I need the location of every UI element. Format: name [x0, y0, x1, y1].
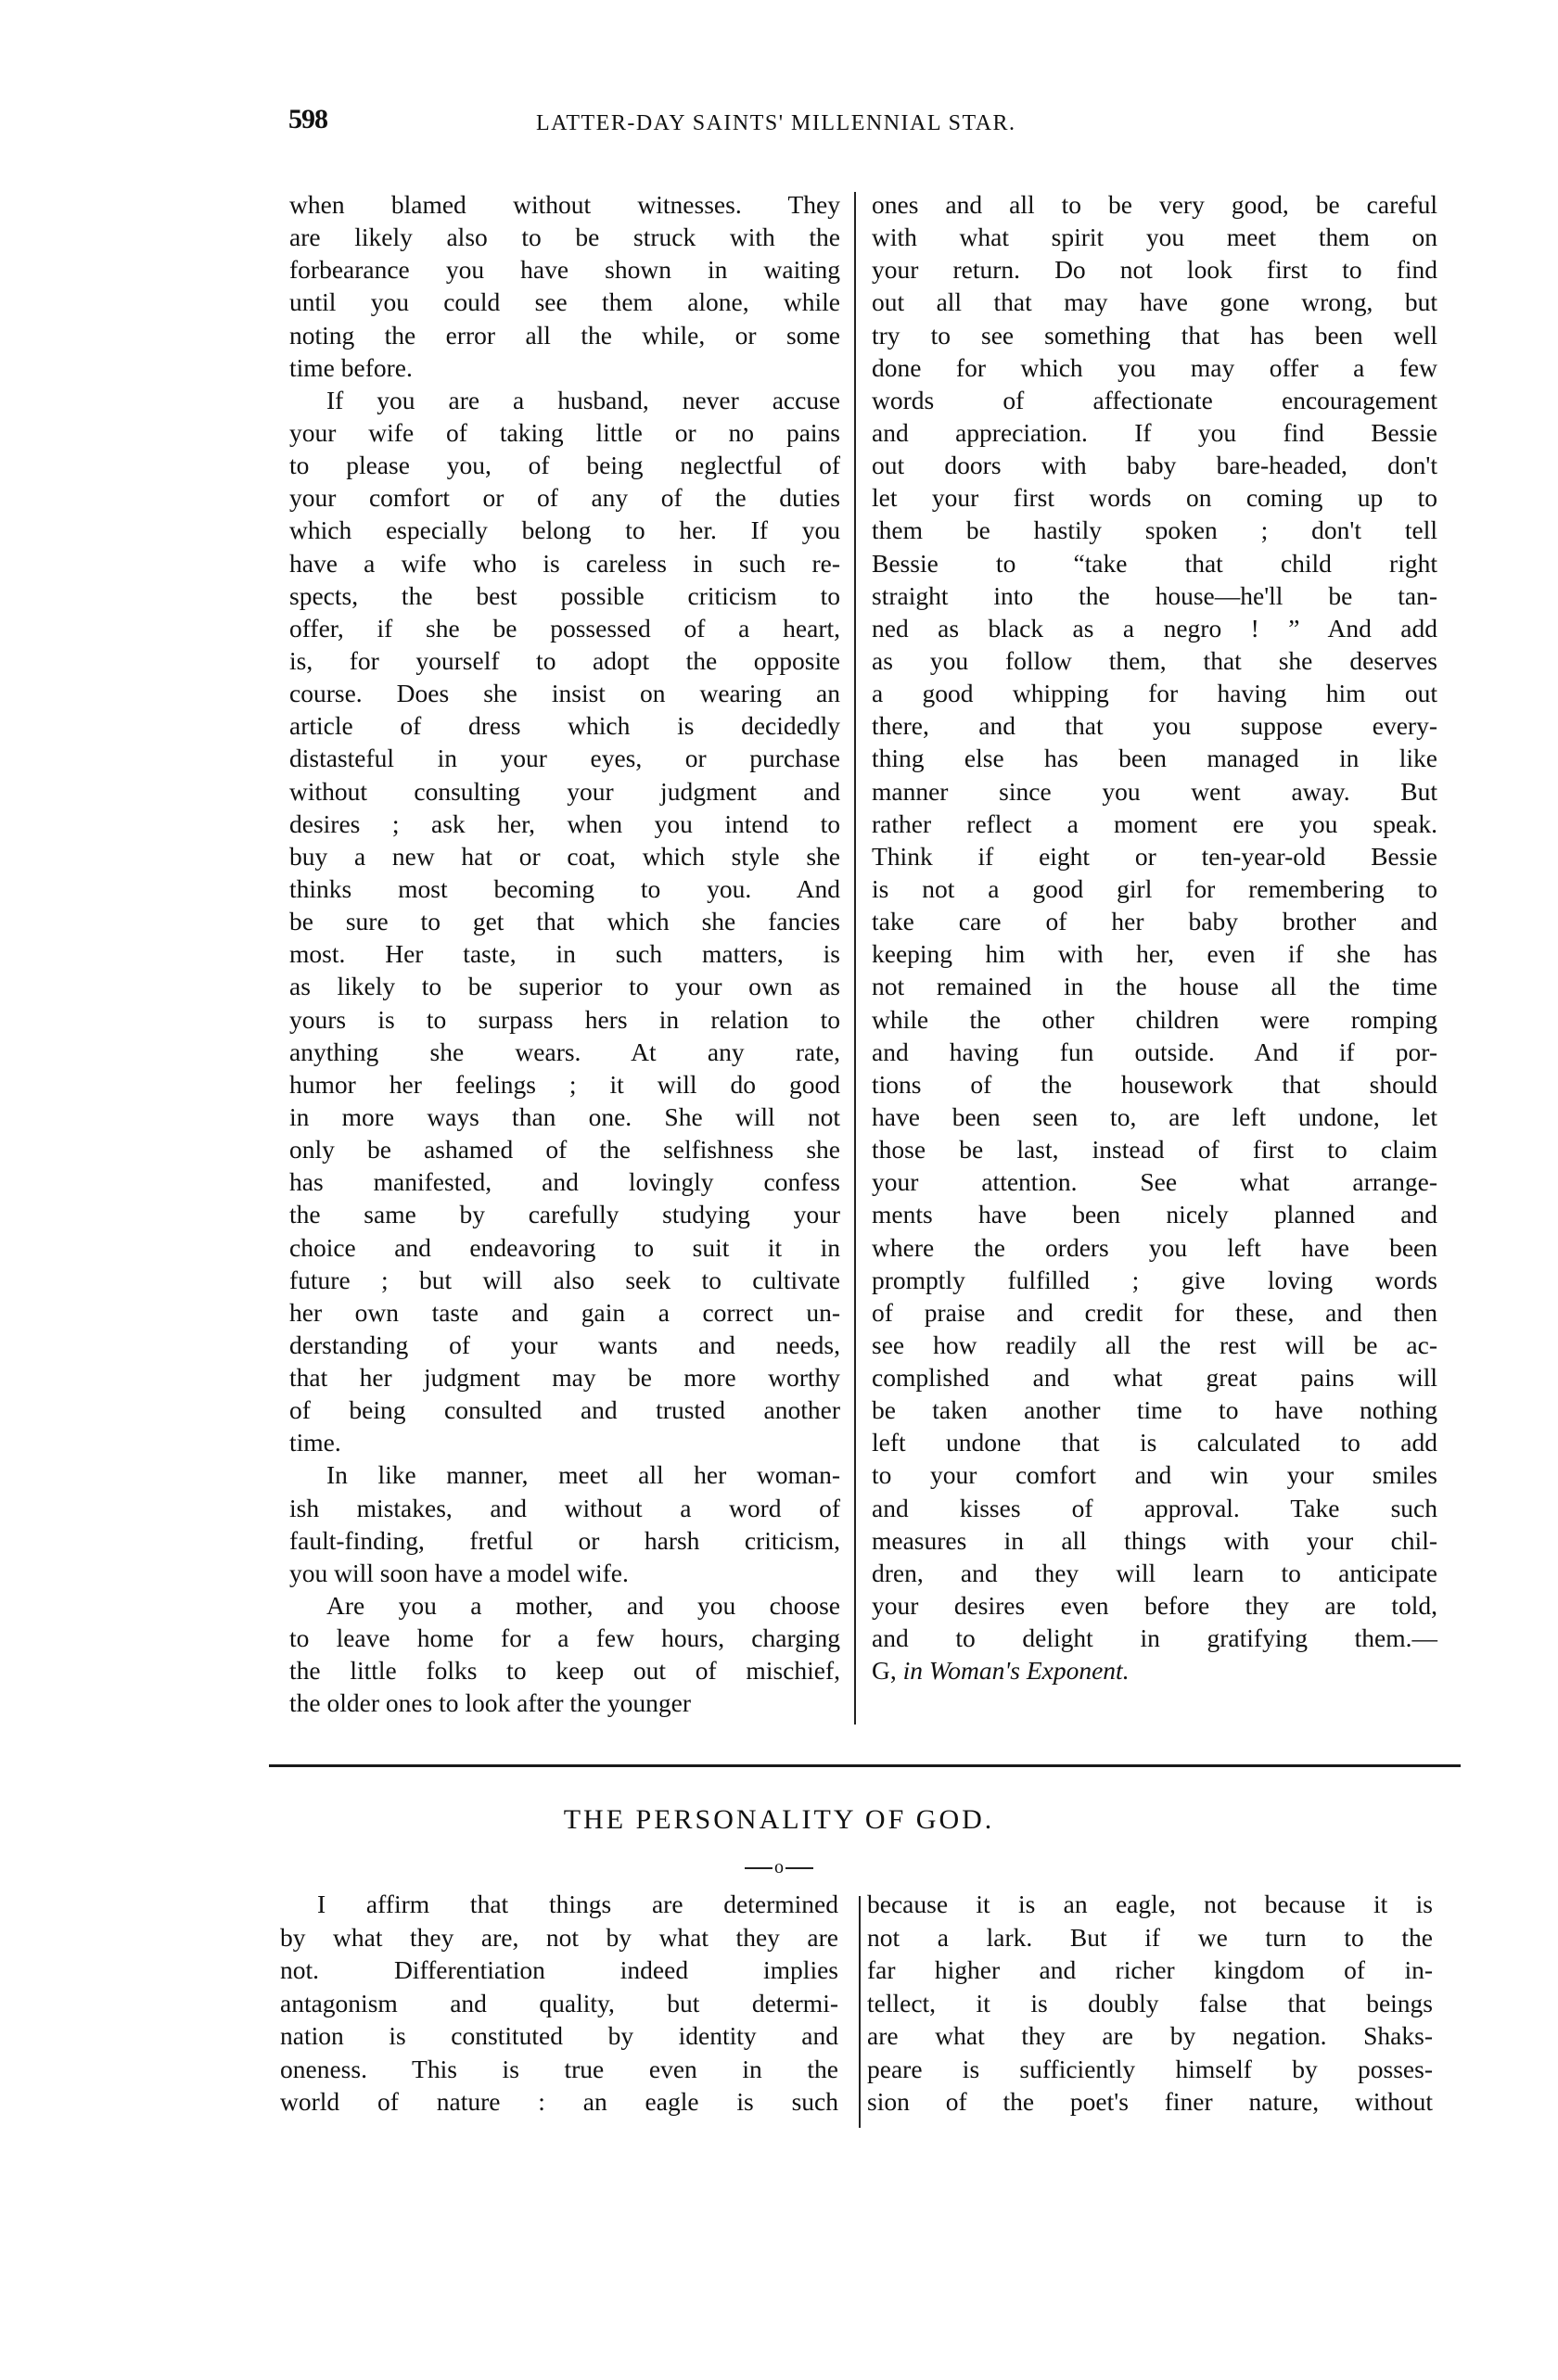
text-line: future ; but will also seek to cultivate — [289, 1264, 840, 1296]
text-line: not remained in the house all the time — [872, 970, 1437, 1002]
column-divider — [854, 192, 856, 1725]
text-line: choice and endeavoring to suit it in — [289, 1231, 840, 1264]
text-line: left undone that is calculated to add — [872, 1426, 1437, 1458]
text-line: to your comfort and win your smiles — [872, 1458, 1437, 1491]
text-line: her own taste and gain a correct un- — [289, 1296, 840, 1329]
text-line: time before. — [289, 351, 840, 384]
column-divider-bottom — [859, 1896, 861, 2128]
text-line: where the orders you left have been — [872, 1231, 1437, 1264]
text-line: Think if eight or ten-year-old Bessie — [872, 840, 1437, 872]
text-line: to please you, of being neglectful of — [289, 449, 840, 481]
ornament-circle: o — [773, 1857, 785, 1878]
running-head: LATTER-DAY SAINTS' MILLENNIAL STAR. — [536, 111, 1167, 136]
text-line: spects, the best possible criticism to — [289, 579, 840, 612]
text-line: because it is an eagle, not because it i… — [867, 1888, 1433, 1921]
article2-left-column: I affirm that things are determinedby wh… — [280, 1888, 838, 2119]
text-line: as likely to be superior to your own as — [289, 970, 840, 1002]
text-line: and kisses of approval. Take such — [872, 1492, 1437, 1524]
text-line: are what they are by negation. Shaks- — [867, 2019, 1433, 2053]
text-line: the little folks to keep out of mischief… — [289, 1654, 840, 1686]
text-line: see how readily all the rest will be ac- — [872, 1329, 1437, 1361]
text-line: ments have been nicely planned and — [872, 1198, 1437, 1230]
attribution-author: G, — [872, 1656, 903, 1685]
text-line: antagonism and quality, but determi- — [280, 1987, 838, 2020]
text-line: sion of the poet's finer nature, without — [867, 2085, 1433, 2119]
text-line: only be ashamed of the selfishness she — [289, 1133, 840, 1165]
text-line: ned as black as a negro ! ” And add — [872, 612, 1437, 644]
text-line: fault-finding, fretful or harsh criticis… — [289, 1524, 840, 1557]
text-line: those be last, instead of first to claim — [872, 1133, 1437, 1165]
text-line: have been seen to, are left undone, let — [872, 1101, 1437, 1133]
text-line: is not a good girl for remembering to — [872, 872, 1437, 905]
text-line: thing else has been managed in like — [872, 742, 1437, 774]
text-line: anything she wears. At any rate, — [289, 1036, 840, 1068]
attribution-source: in Woman's Exponent. — [903, 1656, 1130, 1685]
text-line: your return. Do not look first to find — [872, 253, 1437, 286]
text-line: oneness. This is true even in the — [280, 2053, 838, 2086]
text-line: the older ones to look after the younger — [289, 1686, 840, 1719]
text-line: while the other children were romping — [872, 1003, 1437, 1036]
text-line: dren, and they will learn to anticipate — [872, 1557, 1437, 1589]
text-line: tions of the housework that should — [872, 1068, 1437, 1101]
text-line: thinks most becoming to you. And — [289, 872, 840, 905]
text-line: tellect, it is doubly false that beings — [867, 1987, 1433, 2020]
text-line: which especially belong to her. If you — [289, 514, 840, 546]
text-line: article of dress which is decidedly — [289, 709, 840, 742]
text-line: and appreciation. If you find Bessie — [872, 416, 1437, 449]
text-line: as you follow them, that she deserves — [872, 644, 1437, 677]
text-line: straight into the house—he'll be tan- — [872, 579, 1437, 612]
text-line: out doors with baby bare-headed, don't — [872, 449, 1437, 481]
text-line: rather reflect a moment ere you speak. — [872, 808, 1437, 840]
text-line: by what they are, not by what they are — [280, 1921, 838, 1954]
text-line: are likely also to be struck with the — [289, 221, 840, 253]
text-line: try to see something that has been well — [872, 319, 1437, 351]
text-line: peare is sufficiently himself by posses- — [867, 2053, 1433, 2086]
text-line: your wife of taking little or no pains — [289, 416, 840, 449]
text-line: until you could see them alone, while — [289, 286, 840, 318]
text-line: distasteful in your eyes, or purchase — [289, 742, 840, 774]
text-line: you will soon have a model wife. — [289, 1557, 840, 1589]
text-line: that her judgment may be more worthy — [289, 1361, 840, 1394]
text-line: be taken another time to have nothing — [872, 1394, 1437, 1426]
text-line: when blamed without witnesses. They — [289, 188, 840, 221]
text-line: manner since you went away. But — [872, 775, 1437, 808]
text-line: buy a new hat or coat, which style she — [289, 840, 840, 872]
text-line: most. Her taste, in such matters, is — [289, 937, 840, 970]
text-line: is, for yourself to adopt the opposite — [289, 644, 840, 677]
text-line: have a wife who is careless in such re- — [289, 547, 840, 579]
text-line: derstanding of your wants and needs, — [289, 1329, 840, 1361]
text-line: forbearance you have shown in waiting — [289, 253, 840, 286]
text-line: promptly fulfilled ; give loving words — [872, 1264, 1437, 1296]
text-line: there, and that you suppose every- — [872, 709, 1437, 742]
text-line: humor her feelings ; it will do good — [289, 1068, 840, 1101]
page-number: 598 — [288, 104, 327, 135]
text-line: I affirm that things are determined — [280, 1888, 838, 1921]
text-line: ones and all to be very good, be careful — [872, 188, 1437, 221]
ornament-divider: o — [0, 1854, 1558, 1878]
text-line: and having fun outside. And if por- — [872, 1036, 1437, 1068]
text-line: ish mistakes, and without a word of — [289, 1492, 840, 1524]
text-line: words of affectionate encouragement — [872, 384, 1437, 416]
text-line: has manifested, and lovingly confess — [289, 1165, 840, 1198]
text-line: Bessie to “take that child right — [872, 547, 1437, 579]
section-rule — [269, 1764, 1461, 1767]
article-title: THE PERSONALITY OF GOD. — [0, 1804, 1558, 1836]
text-line: keeping him with her, even if she has — [872, 937, 1437, 970]
text-line: measures in all things with your chil- — [872, 1524, 1437, 1557]
text-line: them be hastily spoken ; don't tell — [872, 514, 1437, 546]
text-line: In like manner, meet all her woman- — [289, 1458, 840, 1491]
text-line: not. Differentiation indeed implies — [280, 1954, 838, 1987]
article1-left-column: when blamed without witnesses. Theyare l… — [289, 188, 840, 1720]
text-line: your desires even before they are told, — [872, 1589, 1437, 1622]
text-line: without consulting your judgment and — [289, 775, 840, 808]
text-line: time. — [289, 1426, 840, 1458]
text-line: be sure to get that which she fancies — [289, 905, 840, 937]
text-line: of praise and credit for these, and then — [872, 1296, 1437, 1329]
text-line: out all that may have gone wrong, but — [872, 286, 1437, 318]
text-line: world of nature : an eagle is such — [280, 2085, 838, 2119]
ornament-dash-right — [785, 1867, 813, 1869]
text-line: noting the error all the while, or some — [289, 319, 840, 351]
text-line: not a lark. But if we turn to the — [867, 1921, 1433, 1954]
text-line: nation is constituted by identity and — [280, 2019, 838, 2053]
article1-right-column: ones and all to be very good, be careful… — [872, 188, 1437, 1686]
text-line: with what spirit you meet them on — [872, 221, 1437, 253]
ornament-dash-left — [745, 1867, 773, 1869]
text-line: to leave home for a few hours, charging — [289, 1622, 840, 1654]
text-line: far higher and richer kingdom of in- — [867, 1954, 1433, 1987]
text-line: of being consulted and trusted another — [289, 1394, 840, 1426]
text-line: your attention. See what arrange- — [872, 1165, 1437, 1198]
attribution: G, in Woman's Exponent. — [872, 1654, 1437, 1686]
text-line: done for which you may offer a few — [872, 351, 1437, 384]
text-line: If you are a husband, never accuse — [289, 384, 840, 416]
text-line: yours is to surpass hers in relation to — [289, 1003, 840, 1036]
text-line: Are you a mother, and you choose — [289, 1589, 840, 1622]
text-line: your comfort or of any of the duties — [289, 481, 840, 514]
text-line: offer, if she be possessed of a heart, — [289, 612, 840, 644]
text-line: let your first words on coming up to — [872, 481, 1437, 514]
text-line: complished and what great pains will — [872, 1361, 1437, 1394]
text-line: desires ; ask her, when you intend to — [289, 808, 840, 840]
article2-right-column: because it is an eagle, not because it i… — [867, 1888, 1433, 2119]
text-line: in more ways than one. She will not — [289, 1101, 840, 1133]
text-line: take care of her baby brother and — [872, 905, 1437, 937]
text-line: and to delight in gratifying them.— — [872, 1622, 1437, 1654]
text-line: the same by carefully studying your — [289, 1198, 840, 1230]
text-line: a good whipping for having him out — [872, 677, 1437, 709]
text-line: course. Does she insist on wearing an — [289, 677, 840, 709]
